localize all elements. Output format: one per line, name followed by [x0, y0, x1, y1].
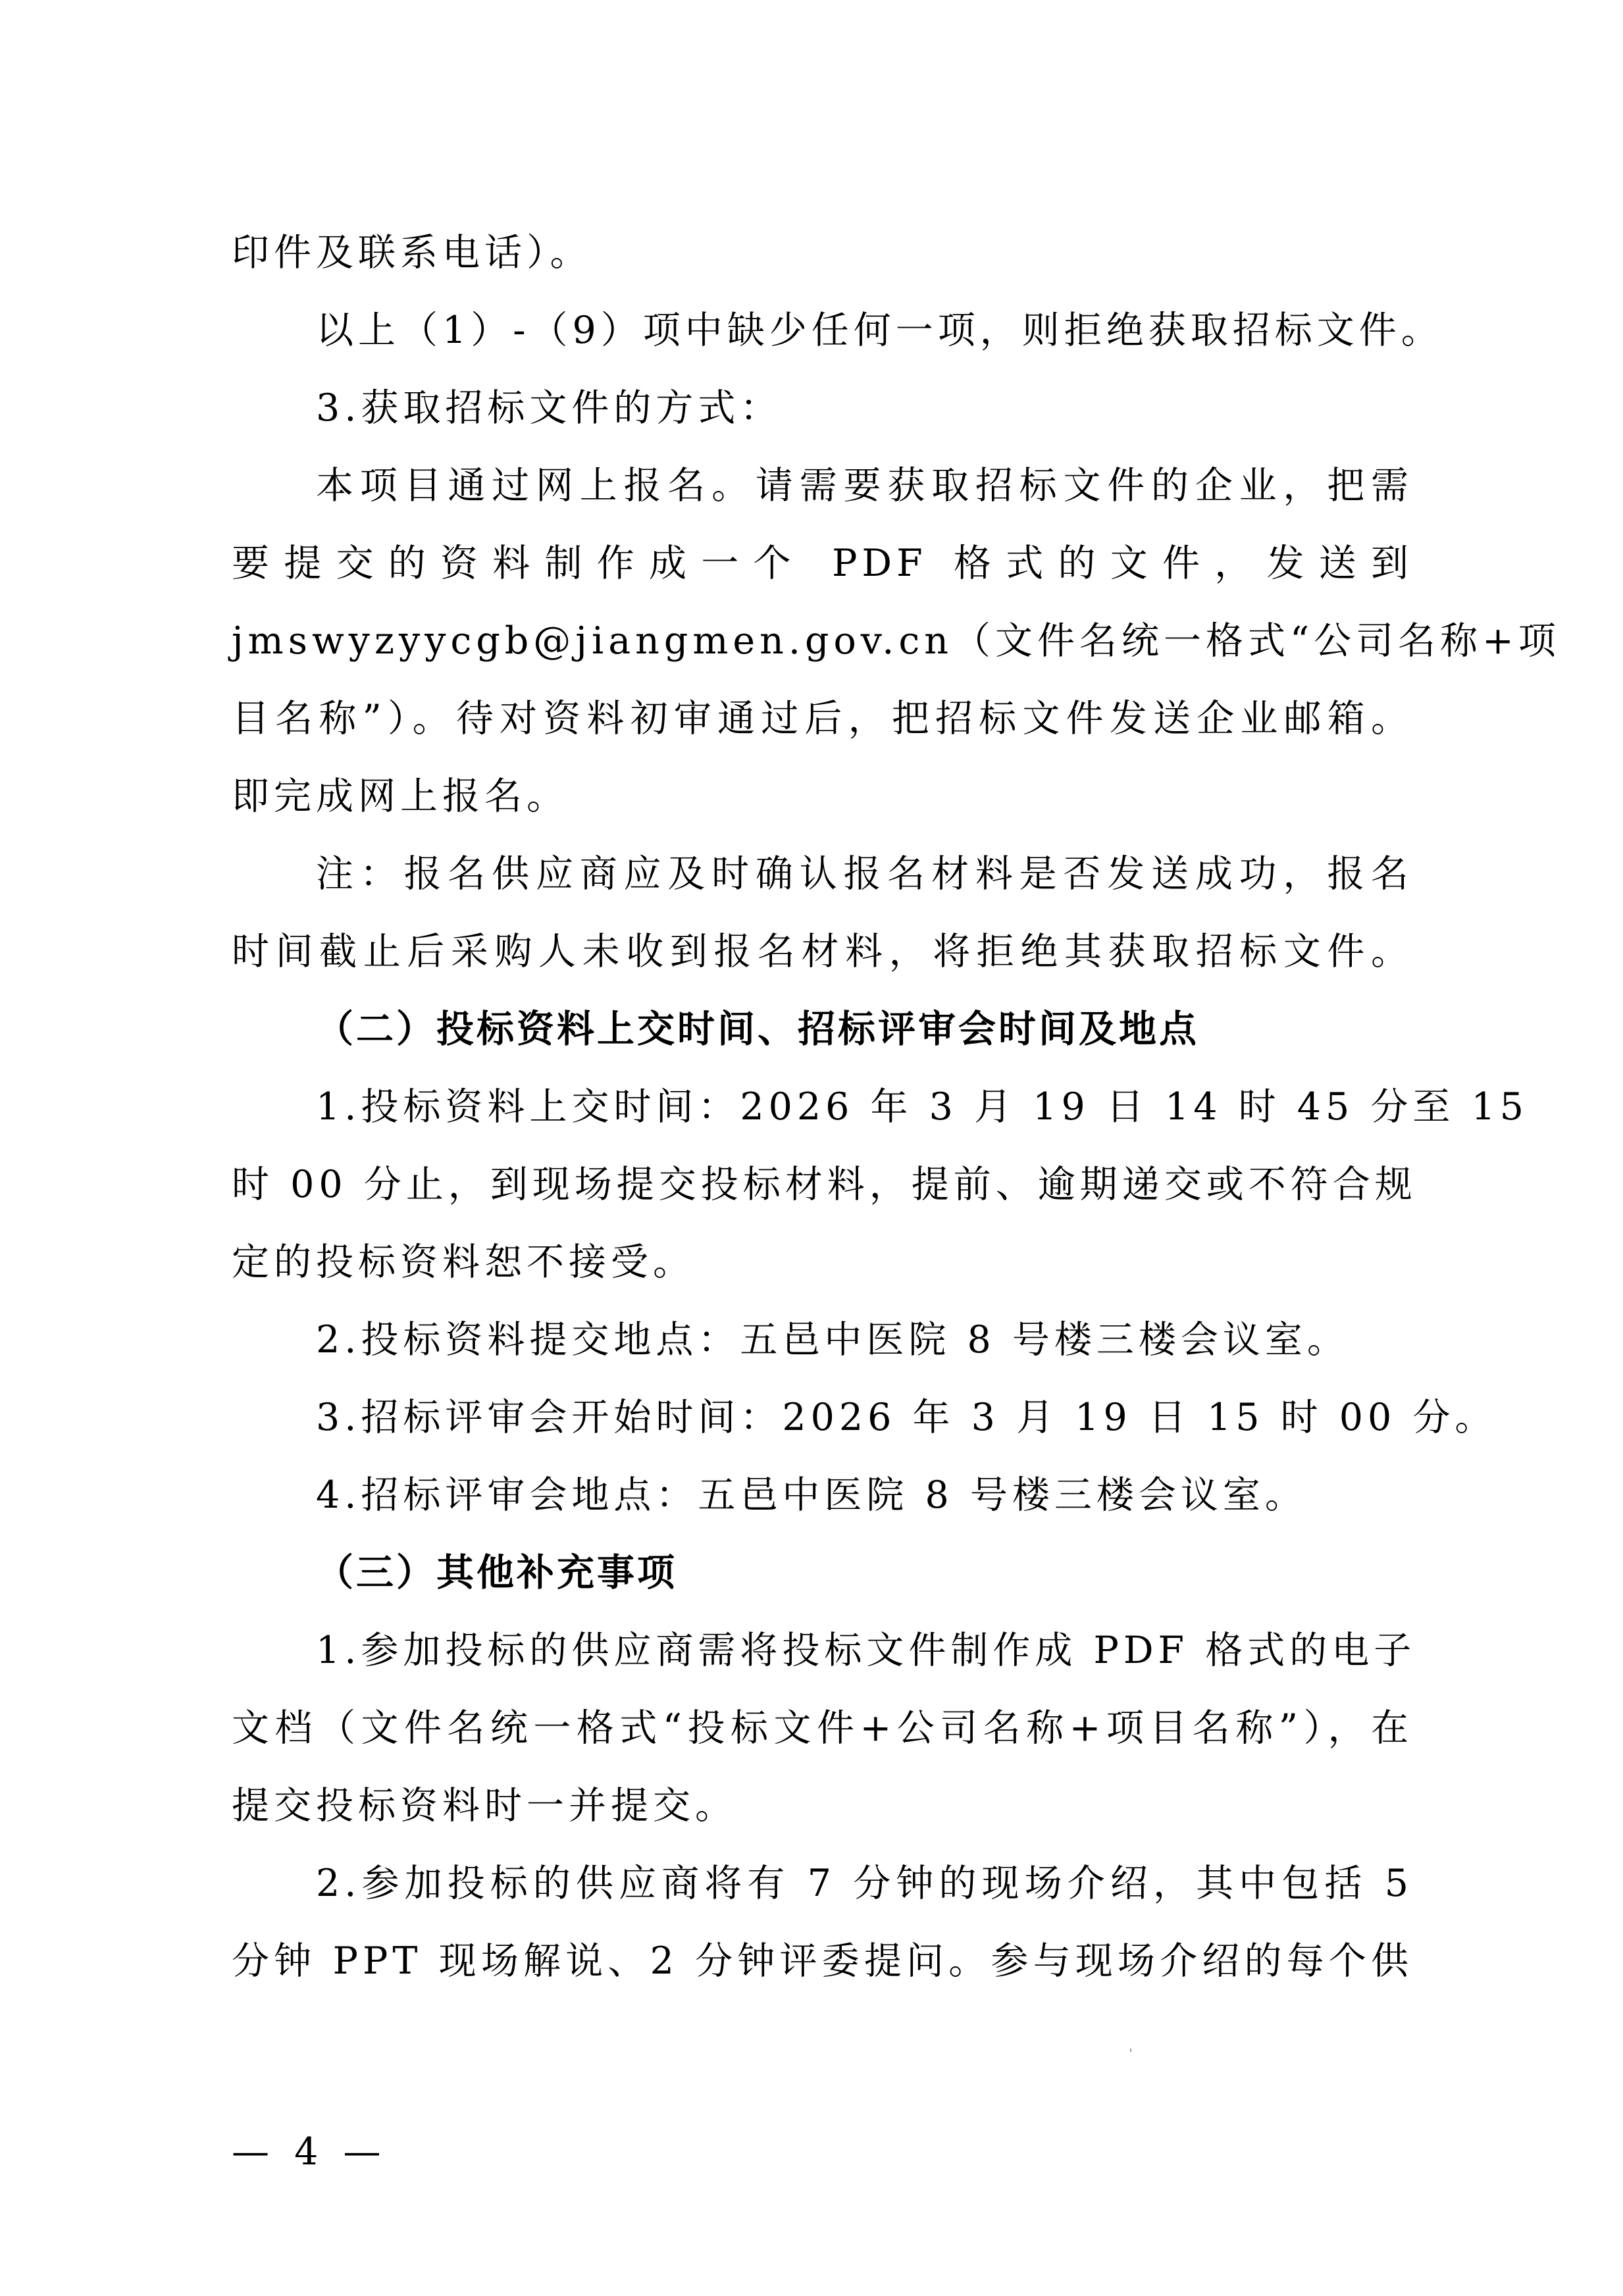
- text-line: 2.参加投标的供应商将有 7 分钟的现场介绍，其中包括 5: [316, 1845, 1413, 1922]
- text-line: 1.投标资料上交时间：2026 年 3 月 19 日 14 时 45 分至 15: [316, 1068, 1413, 1146]
- text-line: 时 00 分止，到现场提交投标材料，提前、逾期递交或不符合规: [232, 1146, 1413, 1223]
- text-line: 分钟 PPT 现场解说、2 分钟评委提问。参与现场介绍的每个供: [232, 1922, 1413, 2000]
- text-line: 印件及联系电话）。: [232, 214, 592, 292]
- text-line: 3.招标评审会开始时间：2026 年 3 月 19 日 15 时 00 分。: [316, 1379, 1497, 1456]
- section-heading: （三）其他补充事项: [316, 1534, 677, 1612]
- text-line: 文档（文件名统一格式“投标文件+公司名称+项目名称”），在: [232, 1689, 1413, 1767]
- text-line: 即完成网上报名。: [232, 757, 569, 835]
- scan-speck: [1130, 2049, 1131, 2052]
- text-line: 4.招标评审会地点：五邑中医院 8 号楼三楼会议室。: [316, 1456, 1307, 1534]
- section-heading: （二）投标资料上交时间、招标评审会时间及地点: [316, 990, 1199, 1068]
- text-line: 提交投标资料时一并提交。: [232, 1767, 737, 1845]
- text-line: 本项目通过网上报名。请需要获取招标文件的企业，把需: [316, 447, 1413, 524]
- text-line: 要提交的资料制作成一个 PDF 格式的文件，发送到: [232, 524, 1413, 602]
- text-line: 定的投标资料恕不接受。: [232, 1223, 695, 1301]
- text-line: 2.投标资料提交地点：五邑中医院 8 号楼三楼会议室。: [316, 1301, 1349, 1379]
- email-address-line: jmswyzyycgb@jiangmen.gov.cn（文件名统一格式“公司名称…: [232, 602, 1413, 680]
- text-line: 3.获取招标文件的方式：: [316, 369, 782, 447]
- text-line: 时间截止后采购人未收到报名材料，将拒绝其获取招标文件。: [232, 913, 1413, 990]
- note-line: 注：报名供应商应及时确认报名材料是否发送成功，报名: [316, 835, 1413, 913]
- page-number: — 4 —: [232, 2129, 388, 2175]
- text-line: 目名称”）。待对资料初审通过后，把招标文件发送企业邮箱。: [232, 680, 1413, 757]
- text-line: 以上（1）-（9）项中缺少任何一项，则拒绝获取招标文件。: [316, 292, 1413, 369]
- document-page: 印件及联系电话）。 以上（1）-（9）项中缺少任何一项，则拒绝获取招标文件。 3…: [0, 0, 1623, 2296]
- text-line: 1.参加投标的供应商需将投标文件制作成 PDF 格式的电子: [316, 1612, 1413, 1689]
